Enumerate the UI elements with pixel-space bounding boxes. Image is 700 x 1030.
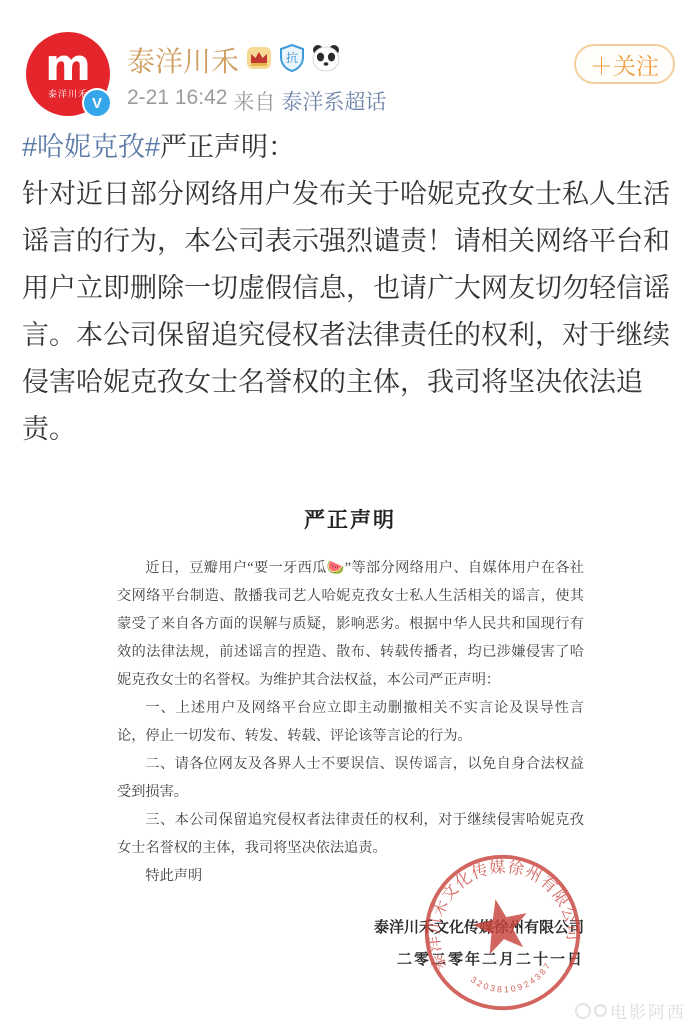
statement-title: 严正声明: [0, 504, 700, 534]
vip-crown-icon: [245, 44, 273, 77]
shield-badge-icon: 抗: [279, 44, 305, 77]
svg-text:抗: 抗: [286, 50, 298, 65]
watermark-logo-icon: [575, 1003, 591, 1019]
source-link[interactable]: 泰洋系超话: [281, 86, 386, 116]
author-name[interactable]: 泰洋川禾: [127, 40, 239, 80]
post-body: 针对近日部分网络用户发布关于哈妮克孜女士私人生活谣言的行为，本公司表示强烈谴责！…: [22, 171, 680, 453]
watermark: 电影阿西: [575, 998, 686, 1023]
statement-image[interactable]: 严正声明 近日，豆瓣用户“要一牙西瓜🍉”等部分网络用户、自媒体用户在各社交网络平…: [0, 490, 700, 1030]
statement-paragraph: 近日，豆瓣用户“要一牙西瓜🍉”等部分网络用户、自媒体用户在各社交网络平台制造、散…: [117, 554, 584, 694]
statement-paragraph: 二、请各位网友及各界人士不要误信、误传谣言，以免自身合法权益受到损害。: [117, 750, 584, 806]
signature-company: 泰洋川禾文化传媒徐州有限公司: [374, 916, 584, 937]
statement-paragraph: 一、上述用户及网络平台应立即主动删撤相关不实言论及误导性言论，停止一切发布、转发…: [117, 694, 584, 750]
statement-closing: 特此声明: [117, 862, 584, 890]
post-lead: 严正声明：: [160, 132, 295, 162]
watermark-text: 电影阿西: [610, 998, 686, 1023]
timestamp: 2-21 16:42: [127, 86, 227, 116]
watermark-logo-icon: [594, 1004, 607, 1017]
author-line: 泰洋川禾 抗: [127, 40, 341, 80]
signature-date: 二零二零年二月二十一日: [397, 948, 584, 969]
source-prefix: 来自: [233, 86, 275, 116]
company-logo: m: [45, 46, 91, 86]
avatar[interactable]: m 泰洋川禾 V: [26, 32, 110, 116]
post-meta: 2-21 16:42 来自 泰洋系超话: [127, 86, 386, 116]
statement-body: 近日，豆瓣用户“要一牙西瓜🍉”等部分网络用户、自媒体用户在各社交网络平台制造、散…: [117, 554, 584, 890]
weibo-post-page: m 泰洋川禾 V 泰洋川禾 抗: [0, 0, 700, 1030]
follow-button[interactable]: ＋关注: [574, 44, 675, 84]
statement-paragraph: 三、本公司保留追究侵权者法律责任的权利，对于继续侵害哈妮克孜女士名誉权的主体，我…: [117, 806, 584, 862]
verified-badge-icon: V: [82, 88, 112, 118]
post-text: #哈妮克孜#严正声明： 针对近日部分网络用户发布关于哈妮克孜女士私人生活谣言的行…: [22, 124, 680, 453]
hashtag-link[interactable]: #哈妮克孜#: [22, 132, 160, 162]
panda-icon: [311, 44, 341, 77]
